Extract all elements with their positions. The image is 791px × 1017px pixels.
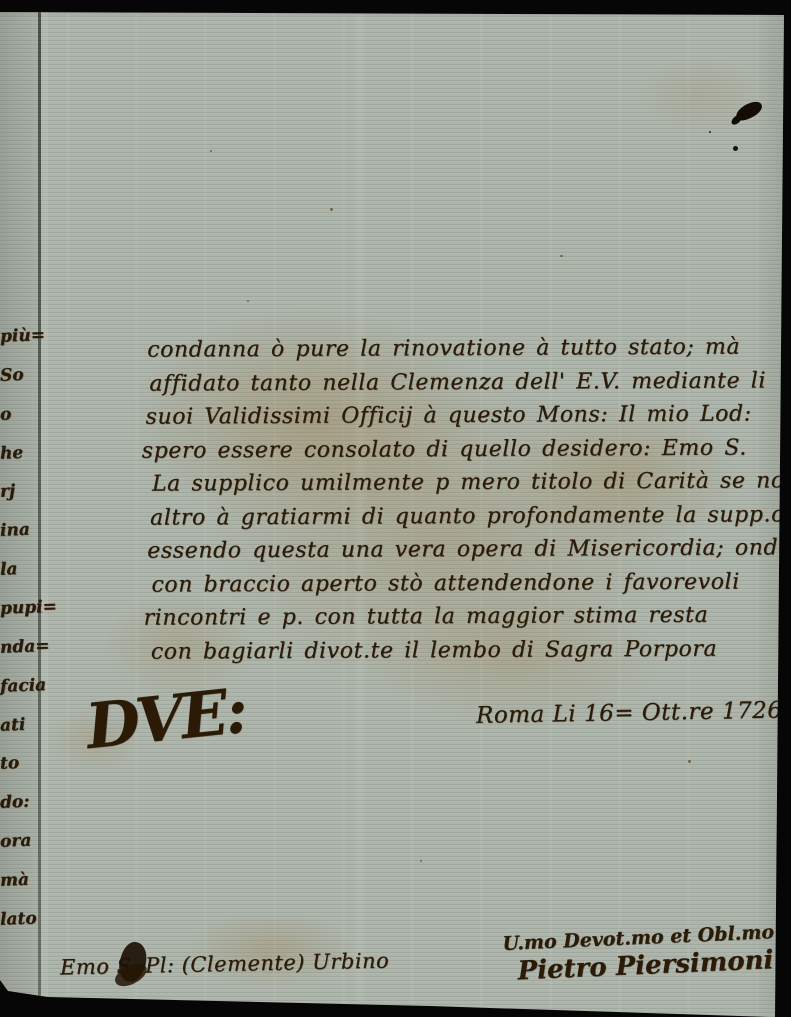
page-fold-highlight (41, 0, 48, 1017)
letter-line: affidato tanto nella Clemenza dell' E.V.… (149, 364, 779, 401)
ink-speck (709, 131, 711, 133)
margin-fragment: più= (0, 327, 40, 345)
paper-freckle (688, 760, 691, 763)
paper-freckle (420, 860, 422, 862)
letter-line: con braccio aperto stò attendendone i fa… (151, 565, 780, 602)
letter-line: spero essere consolato di quello desider… (142, 431, 780, 468)
margin-fragment: lato (0, 910, 40, 928)
margin-fragment: he (0, 444, 40, 462)
margin-fragment: do: (0, 794, 40, 812)
paper-freckle (247, 300, 249, 302)
ink-blot (733, 99, 764, 124)
margin-fragment: pupi= (0, 599, 40, 617)
margin-fragment: ati (0, 716, 40, 734)
letter-line: condanna ò pure la rinovatione à tutto s… (147, 330, 779, 367)
letter-line: con bagiarli divot.te il lembo di Sagra … (151, 632, 781, 669)
margin-fragment: mà (0, 871, 40, 889)
paper-freckle (330, 208, 333, 211)
valediction-flourish: DVE: (83, 674, 249, 763)
margin-fragment: o (0, 405, 40, 423)
margin-fragment: nda= (0, 638, 40, 656)
margin-fragment: la (0, 560, 40, 578)
left-margin-bleedthrough: più= So o he rj ina la pupi= nda= facia … (0, 328, 40, 928)
signature-block: U.mo Devot.mo et Obl.mo Ser. Pietro Pier… (502, 919, 791, 987)
paper-freckle (560, 255, 563, 257)
letter-line: La supplico umilmente p mero titolo di C… (152, 464, 780, 501)
dateline: Roma Li 16= Ott.re 1726= (476, 697, 791, 729)
ink-smudge (112, 938, 156, 994)
margin-fragment: to (0, 755, 40, 773)
margin-fragment: So (0, 366, 40, 384)
margin-fragment: ina (0, 522, 40, 540)
margin-fragment: facia (0, 677, 40, 695)
ink-dot (733, 146, 738, 151)
letter-line: suoi Validissimi Officij à questo Mons: … (145, 397, 779, 434)
letter-line: essendo questa una vera opera di Miseric… (147, 531, 780, 568)
margin-fragment: rj (0, 483, 40, 501)
manuscript-page: più= So o he rj ina la pupi= nda= facia … (0, 0, 791, 1017)
letter-body-text: condanna ò pure la rinovatione à tutto s… (147, 330, 781, 668)
paper-freckle (210, 150, 212, 152)
margin-fragment: ora (0, 832, 40, 850)
address-line: Emo S. Pl: (Clemente) Urbino (60, 949, 390, 980)
letter-line: altro à gratiarmi di quanto profondament… (150, 498, 780, 535)
letter-line: rincontri e p. con tutta la maggior stim… (144, 598, 781, 635)
manuscript-scan: più= So o he rj ina la pupi= nda= facia … (0, 0, 791, 1017)
